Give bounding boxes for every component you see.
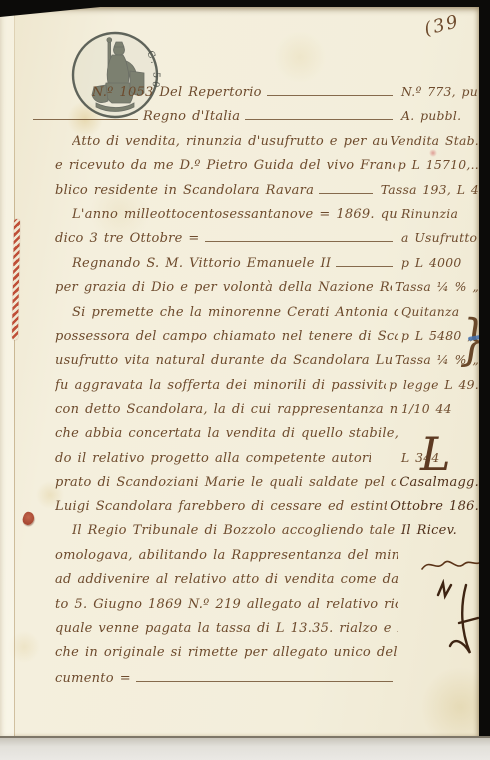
handwritten-text: Si premette che la minorenne Cerati Anto… <box>72 305 398 320</box>
flourish-strokes <box>438 583 478 653</box>
handwritten-text: Il Regio Tribunale di Bozzolo accogliend… <box>72 523 398 538</box>
text-line: N.º 1053 Del Repertorio N.º 773, pu <box>0 84 479 108</box>
folio-number: (39 <box>422 11 462 40</box>
text-line: prato di Scandoziani Marie le quali sald… <box>0 475 479 499</box>
ink-rule <box>136 670 393 682</box>
text-line: Il Regio Tribunale di Bozzolo accogliend… <box>0 523 479 547</box>
handwritten-text: ad addivenire al relativo atto di vendit… <box>55 572 398 587</box>
text-line: usufrutto vita natural durante da Scando… <box>0 352 479 376</box>
lire-flourish: L <box>420 431 451 477</box>
text-line: Luigi Scandolara farebbero di cessare ed… <box>0 499 479 523</box>
flourish-n-stroke <box>438 583 451 596</box>
ink-rule <box>205 230 393 242</box>
manuscript-text-block: N.º 1053 Del Repertorio N.º 773, pu Regn… <box>0 84 479 694</box>
handwritten-text: per grazia di Dio e per volontà della Na… <box>55 280 392 295</box>
margin-note: p legge L 49. <box>386 377 479 392</box>
receiver-signature <box>420 555 479 579</box>
text-line: dico 3 tre Ottobre = a Usufrutto <box>0 230 479 254</box>
margin-note: a Usufrutto <box>398 230 479 245</box>
text-line: che in originale si rimette per allegato… <box>0 645 479 669</box>
margin-note: N.º 773, pu <box>398 84 479 99</box>
handwritten-text: che abbia concertata la vendita di quell… <box>55 426 398 441</box>
registry-flourish <box>432 579 479 667</box>
handwritten-text: e ricevuto da me D.º Pietro Guida del vi… <box>55 158 395 173</box>
text-line: L'anno milleottocentosessantanove = 1869… <box>0 206 479 230</box>
text-line: che abbia concertata la vendita di quell… <box>0 426 479 450</box>
handwritten-text: usufrutto vita natural durante da Scando… <box>55 353 392 368</box>
text-line: Atto di vendita, rinunzia d'usufrutto e … <box>0 133 479 157</box>
text-line: Regnando S. M. Vittorio Emanuele II p L … <box>0 255 479 279</box>
scanned-document: C. 50 (39 N.º 1053 Del Repertorio N.º 77… <box>0 0 490 760</box>
text-line: cumento = <box>0 670 479 694</box>
handwritten-text: prato di Scandoziani Marie le quali sald… <box>55 475 396 490</box>
text-line: quale venne pagata la tassa di L 13.35. … <box>0 621 479 645</box>
handwritten-text: cumento = <box>55 671 131 686</box>
handwritten-text: possessora del campo chiamato nel tenere… <box>55 329 398 344</box>
figure-torso <box>107 55 129 85</box>
margin-note: Tassa 193, L 4 <box>378 182 479 197</box>
handwritten-text: Regnando S. M. Vittorio Emanuele II <box>72 256 331 271</box>
handwritten-text: Atto di vendita, rinunzia d'usufrutto e … <box>72 134 387 149</box>
ink-rule <box>319 182 373 194</box>
margin-note: Il Ricev. <box>398 523 479 538</box>
kingdom-title: Regno d'Italia <box>143 109 240 124</box>
scan-background-bottom <box>0 736 490 760</box>
crown <box>114 42 124 47</box>
flourish-descender <box>450 585 470 653</box>
ink-rule <box>245 108 393 120</box>
ink-rule <box>267 84 393 96</box>
margin-note: A. pubbl. <box>398 108 479 123</box>
repertorio-number: N.º 1053 Del Repertorio <box>92 85 262 100</box>
text-line: to 5. Giugno 1869 N.º 219 allegato al re… <box>0 597 479 621</box>
text-line: Si premette che la minorenne Cerati Anto… <box>0 304 479 328</box>
handwritten-text: con detto Scandolara, la di cui rapprese… <box>55 402 398 417</box>
handwritten-text: Luigi Scandolara farebbero di cessare ed… <box>55 499 387 514</box>
handwritten-text: do il relativo progetto alla competente … <box>55 451 371 466</box>
handwritten-text: dico 3 tre Ottobre = <box>55 231 200 246</box>
signature-svg <box>420 555 479 575</box>
text-line: per grazia di Dio e per volontà della Na… <box>0 279 479 303</box>
handwritten-text: to 5. Giugno 1869 N.º 219 allegato al re… <box>55 597 398 612</box>
text-line: possessora del campo chiamato nel tenere… <box>0 328 479 352</box>
text-line: Regno d'Italia A. pubbl. <box>0 108 479 132</box>
spear-tip <box>107 38 112 43</box>
ink-rule <box>33 108 138 120</box>
flourish-svg <box>432 579 479 663</box>
margin-note: p L 15710,.. <box>395 157 479 172</box>
handwritten-text: L'anno milleottocentosessantanove = 1869… <box>72 207 398 222</box>
handwritten-text: quale venne pagata la tassa di L 13.35. … <box>55 621 398 636</box>
signature-stroke <box>422 561 479 569</box>
margin-note: p L 4000 <box>398 255 479 270</box>
ink-rule <box>336 255 393 267</box>
text-line: blico residente in Scandolara Ravara Tas… <box>0 182 479 206</box>
text-line: do il relativo progetto alla competente … <box>0 450 479 474</box>
handwritten-text: omologava, abilitando la Rappresentanza … <box>55 548 398 563</box>
handwritten-text: che in originale si rimette per allegato… <box>55 645 398 660</box>
text-line: omologava, abilitando la Rappresentanza … <box>0 548 479 572</box>
text-line: con detto Scandolara, la di cui rapprese… <box>0 401 479 425</box>
handwritten-text: fu aggravata la sofferta dei minorili di… <box>55 378 386 393</box>
margin-note: 1/10 44 <box>398 401 479 416</box>
margin-note: Vendita Stab. <box>387 133 479 148</box>
text-line: ad addivenire al relativo atto di vendit… <box>0 572 479 596</box>
margin-note: Rinunzia <box>398 206 479 221</box>
margin-note: Ottobre 186. <box>387 499 479 514</box>
document-page: C. 50 (39 N.º 1053 Del Repertorio N.º 77… <box>0 7 479 737</box>
handwritten-text: blico residente in Scandolara Ravara <box>55 183 314 198</box>
margin-note: Tassa ¼ % „ <box>392 279 479 294</box>
scan-edge-right <box>479 0 490 760</box>
text-line: fu aggravata la sofferta dei minorili di… <box>0 377 479 401</box>
text-line: e ricevuto da me D.º Pietro Guida del vi… <box>0 157 479 181</box>
